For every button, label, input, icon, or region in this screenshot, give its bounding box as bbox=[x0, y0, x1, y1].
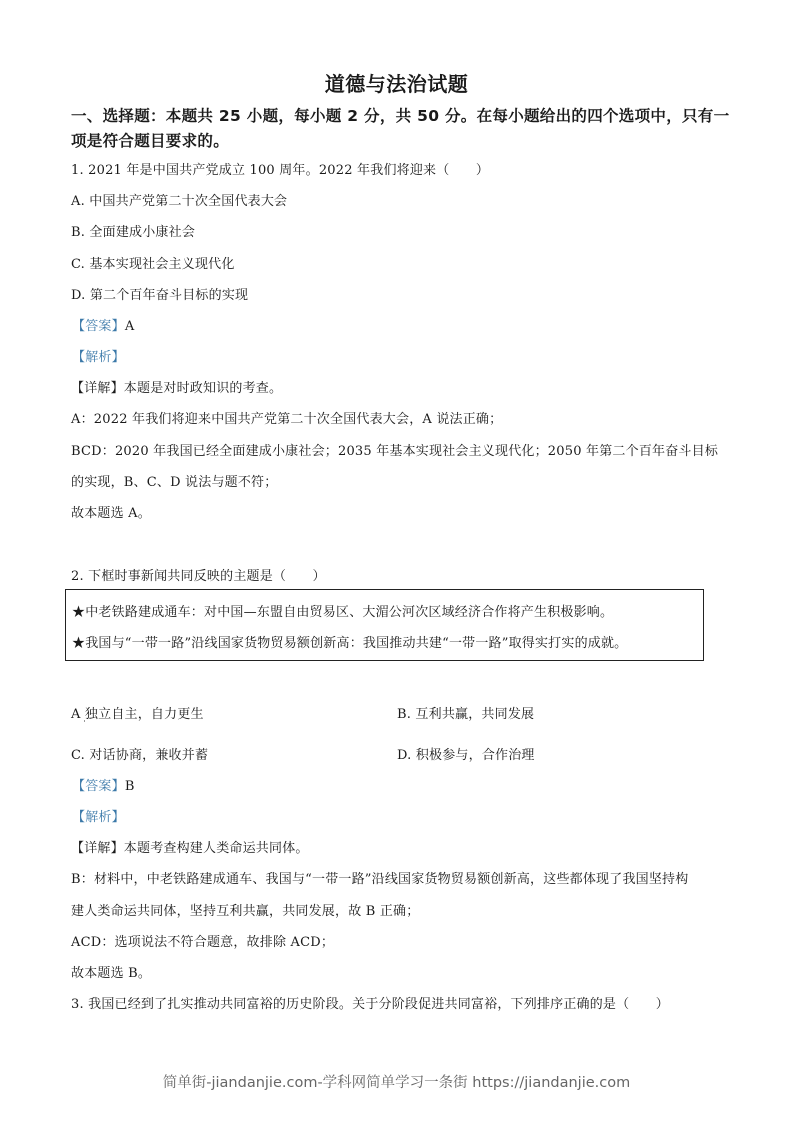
question-1-detail-1: 【详解】本题是对时政知识的考查。 bbox=[71, 377, 282, 396]
section-header-line1: 一、选择题：本题共 25 小题，每小题 2 分，共 50 分。在每小题给出的四个… bbox=[71, 104, 729, 126]
question-2-detail-1: 【详解】本题考查构建人类命运共同体。 bbox=[71, 837, 309, 856]
section-header-line2: 项是符合题目要求的。 bbox=[71, 129, 229, 151]
question-1-answer: 【答案】A bbox=[72, 315, 134, 334]
question-1-option-a: A. 中国共产党第二十次全国代表大会 bbox=[71, 190, 287, 209]
answer-value: B bbox=[125, 779, 135, 794]
answer-label: 【答案】 bbox=[72, 319, 125, 334]
answer-value: A bbox=[125, 319, 135, 334]
question-2-detail-3: 建人类命运共同体，坚持互利共赢，共同发展，故 B 正确； bbox=[71, 900, 419, 919]
question-3-stem: 3. 我国已经到了扎实推动共同富裕的历史阶段。关于分阶段促进共同富裕，下列排序正… bbox=[71, 993, 669, 1012]
question-1-option-c: C. 基本实现社会主义现代化 bbox=[71, 253, 235, 272]
question-1-option-d: D. 第二个百年奋斗目标的实现 bbox=[71, 284, 248, 303]
question-1-detail-2: A：2022 年我们将迎来中国共产党第二十次全国代表大会，A 说法正确； bbox=[71, 408, 502, 427]
question-2-stem: 2. 下框时事新闻共同反映的主题是（ ） bbox=[71, 565, 326, 584]
question-1-analysis-label: 【解析】 bbox=[72, 346, 125, 365]
question-2-detail-2: B：材料中，中老铁路建成通车、我国与“一带一路”沿线国家货物贸易额创新高，这些都… bbox=[71, 868, 688, 887]
answer-label: 【答案】 bbox=[72, 779, 125, 794]
question-1-detail-4: 的实现，B、C、D 说法与题不符； bbox=[71, 471, 277, 490]
footer-watermark: 简单街-jiandanjie.com-学科网简单学习一条街 https://ji… bbox=[0, 1071, 793, 1092]
question-2-option-d: D. 积极参与，合作治理 bbox=[397, 744, 535, 763]
news-item-1: ★中老铁路建成通车：对中国—东盟自由贸易区、大湄公河次区域经济合作将产生积极影响… bbox=[72, 601, 613, 620]
news-box: ★中老铁路建成通车：对中国—东盟自由贸易区、大湄公河次区域经济合作将产生积极影响… bbox=[65, 589, 704, 661]
question-2-option-a: A 独立自主，自力更生 bbox=[71, 703, 204, 722]
question-2-answer: 【答案】B bbox=[72, 775, 135, 794]
question-1-option-b: B. 全面建成小康社会 bbox=[71, 221, 195, 240]
question-1-detail-3: BCD：2020 年我国已经全面建成小康社会；2035 年基本实现社会主义现代化… bbox=[71, 440, 718, 459]
question-2-detail-4: ACD：选项说法不符合题意，故排除 ACD； bbox=[71, 931, 334, 950]
news-item-2: ★我国与“一带一路”沿线国家货物贸易额创新高：我国推动共建“一带一路”取得实打实… bbox=[72, 632, 627, 651]
page-title: 道德与法治试题 bbox=[0, 68, 793, 97]
question-2-detail-5: 故本题选 B。 bbox=[71, 962, 151, 981]
question-2-analysis-label: 【解析】 bbox=[72, 806, 125, 825]
document-page: 道德与法治试题 一、选择题：本题共 25 小题，每小题 2 分，共 50 分。在… bbox=[0, 0, 793, 1122]
question-1-stem: 1. 2021 年是中国共产党成立 100 周年。2022 年我们将迎来（ ） bbox=[71, 159, 489, 178]
stray-mark bbox=[84, 720, 85, 722]
question-2-option-b: B. 互利共赢，共同发展 bbox=[397, 703, 534, 722]
question-2-option-c: C. 对话协商，兼收并蓄 bbox=[71, 744, 208, 763]
question-1-detail-5: 故本题选 A。 bbox=[71, 502, 151, 521]
